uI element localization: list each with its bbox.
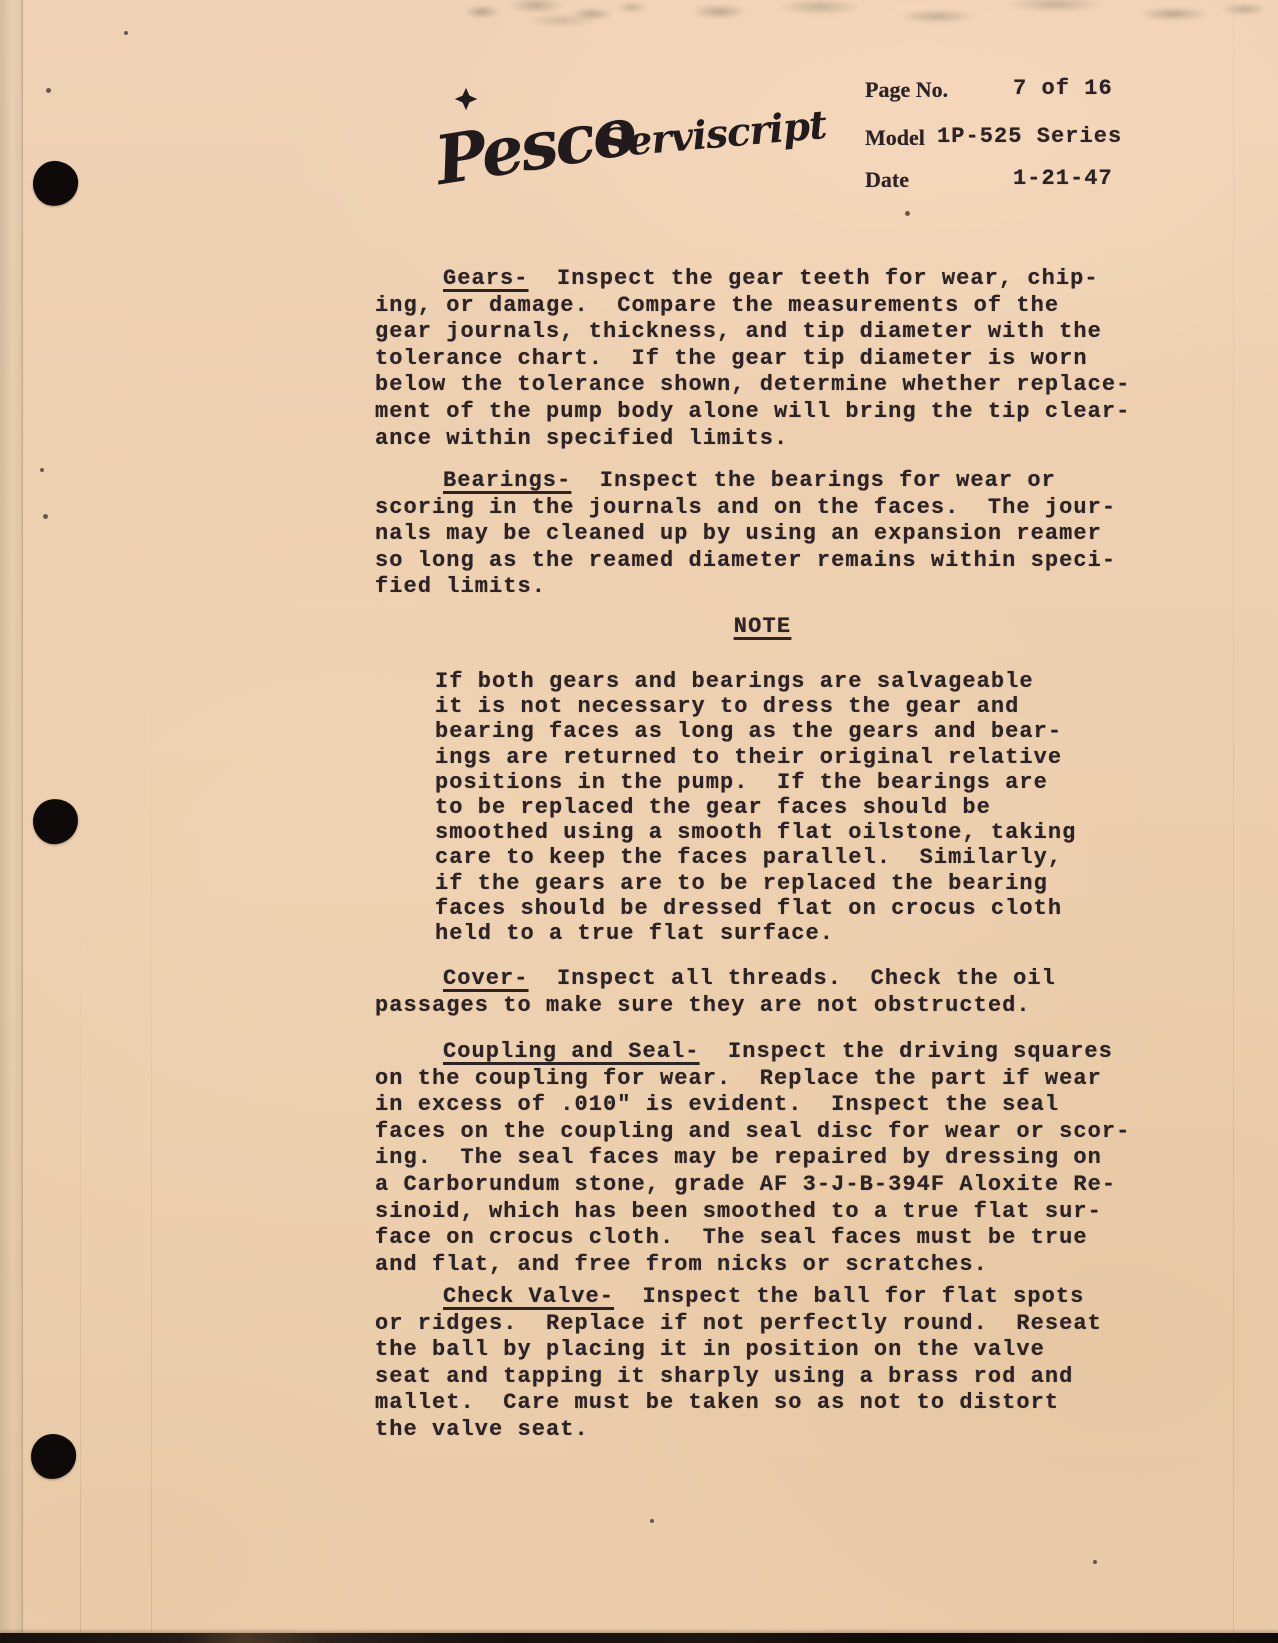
text-line: ing. The seal faces may be repaired by d… — [375, 1145, 1130, 1172]
text-line: scoring in the journals and on the faces… — [375, 495, 1116, 522]
text-line: passages to make sure they are not obstr… — [375, 993, 1056, 1020]
page-no-label: Page No. — [865, 77, 948, 103]
text-line: the ball by placing it in position on th… — [375, 1337, 1102, 1364]
scan-bottom-edge — [0, 1633, 1278, 1643]
ink-speck — [46, 88, 51, 93]
pesco-logo-art: Pesco Serviscript — [430, 55, 830, 200]
punch-hole — [30, 1433, 77, 1480]
text-line: mallet. Care must be taken so as not to … — [375, 1390, 1102, 1417]
scanned-document-page: Pesco Serviscript Page No. 7 of 16 Model… — [0, 0, 1278, 1643]
paper-crease — [1233, 0, 1234, 1643]
text-line: bearing faces as long as the gears and b… — [435, 719, 1076, 744]
note-heading: NOTE — [375, 614, 1150, 639]
text-line: ing, or damage. Compare the measurements… — [375, 293, 1130, 320]
punch-hole — [30, 158, 81, 209]
scan-smudge — [672, 0, 1262, 38]
text-line: it is not necessary to dress the gear an… — [435, 694, 1076, 719]
model-label: Model — [865, 125, 925, 151]
text-line: If both gears and bearings are salvageab… — [435, 669, 1076, 694]
text-line: below the tolerance shown, determine whe… — [375, 372, 1130, 399]
section-heading: Coupling and Seal- — [443, 1039, 700, 1064]
text-line: Check Valve- Inspect the ball for flat s… — [375, 1284, 1102, 1311]
text-line: a Carborundum stone, grade AF 3-J-B-394F… — [375, 1172, 1130, 1199]
section-heading: Bearings- — [443, 468, 571, 493]
punch-hole — [31, 797, 80, 846]
text-line: care to keep the faces parallel. Similar… — [435, 845, 1076, 870]
scan-smudge — [452, 0, 652, 36]
text-line: to be replaced the gear faces should be — [435, 795, 1076, 820]
paragraph-check-valve: Check Valve- Inspect the ball for flat s… — [375, 1284, 1102, 1444]
ink-speck — [40, 468, 44, 472]
text-line: held to a true flat surface. — [435, 921, 1076, 946]
text-line: gear journals, thickness, and tip diamet… — [375, 319, 1130, 346]
text-line: or ridges. Replace if not perfectly roun… — [375, 1311, 1102, 1338]
text-line: face on crocus cloth. The seal faces mus… — [375, 1225, 1130, 1252]
paper-crease — [151, 0, 152, 1643]
text-line: if the gears are to be replaced the bear… — [435, 871, 1076, 896]
text-line: ment of the pump body alone will bring t… — [375, 399, 1130, 426]
text-line: the valve seat. — [375, 1417, 1102, 1444]
paragraph-gears: Gears- Inspect the gear teeth for wear, … — [375, 266, 1130, 452]
text-line: so long as the reamed diameter remains w… — [375, 548, 1116, 575]
text-line: on the coupling for wear. Replace the pa… — [375, 1066, 1130, 1093]
ink-speck — [43, 514, 48, 519]
text-line: Gears- Inspect the gear teeth for wear, … — [375, 266, 1130, 293]
pesco-logo: Pesco Serviscript — [430, 55, 830, 200]
model-value: 1P-525 Series — [937, 124, 1122, 149]
ink-speck — [1093, 1560, 1097, 1564]
text-line: Cover- Inspect all threads. Check the oi… — [375, 966, 1056, 993]
ink-speck — [650, 1519, 654, 1523]
text-line: sinoid, which has been smoothed to a tru… — [375, 1199, 1130, 1226]
ink-speck — [124, 31, 128, 35]
text-line: positions in the pump. If the bearings a… — [435, 770, 1076, 795]
paper-crease — [80, 0, 81, 1643]
paragraph-bearings: Bearings- Inspect the bearings for wear … — [375, 468, 1116, 601]
text-line: in excess of .010" is evident. Inspect t… — [375, 1092, 1130, 1119]
star-icon — [453, 86, 479, 112]
section-heading: Check Valve- — [443, 1284, 614, 1309]
text-line: smoothed using a smooth flat oilstone, t… — [435, 820, 1076, 845]
date-label: Date — [865, 167, 909, 193]
text-line: faces on the coupling and seal disc for … — [375, 1119, 1130, 1146]
text-line: Coupling and Seal- Inspect the driving s… — [375, 1039, 1130, 1066]
text-line: and flat, and free from nicks or scratch… — [375, 1252, 1130, 1279]
text-line: nals may be cleaned up by using an expan… — [375, 521, 1116, 548]
logo-suffix-text: Serviscript — [598, 102, 828, 168]
paragraph-coupling-and-seal: Coupling and Seal- Inspect the driving s… — [375, 1039, 1130, 1278]
section-heading: Gears- — [443, 266, 529, 291]
text-line: faces should be dressed flat on crocus c… — [435, 896, 1076, 921]
paragraph-cover: Cover- Inspect all threads. Check the oi… — [375, 966, 1056, 1019]
paragraph-note: If both gears and bearings are salvageab… — [435, 669, 1076, 946]
text-line: fied limits. — [375, 574, 1116, 601]
text-line: ings are returned to their original rela… — [435, 745, 1076, 770]
page-no-value: 7 of 16 — [1013, 76, 1113, 101]
text-line: Bearings- Inspect the bearings for wear … — [375, 468, 1116, 495]
text-line: ance within specified limits. — [375, 426, 1130, 453]
note-heading-text: NOTE — [734, 614, 792, 639]
section-heading: Cover- — [443, 966, 529, 991]
text-line: tolerance chart. If the gear tip diamete… — [375, 346, 1130, 373]
paper-left-edge — [0, 0, 23, 1643]
ink-speck — [905, 211, 910, 216]
date-value: 1-21-47 — [1013, 166, 1113, 191]
text-line: seat and tapping it sharply using a bras… — [375, 1364, 1102, 1391]
